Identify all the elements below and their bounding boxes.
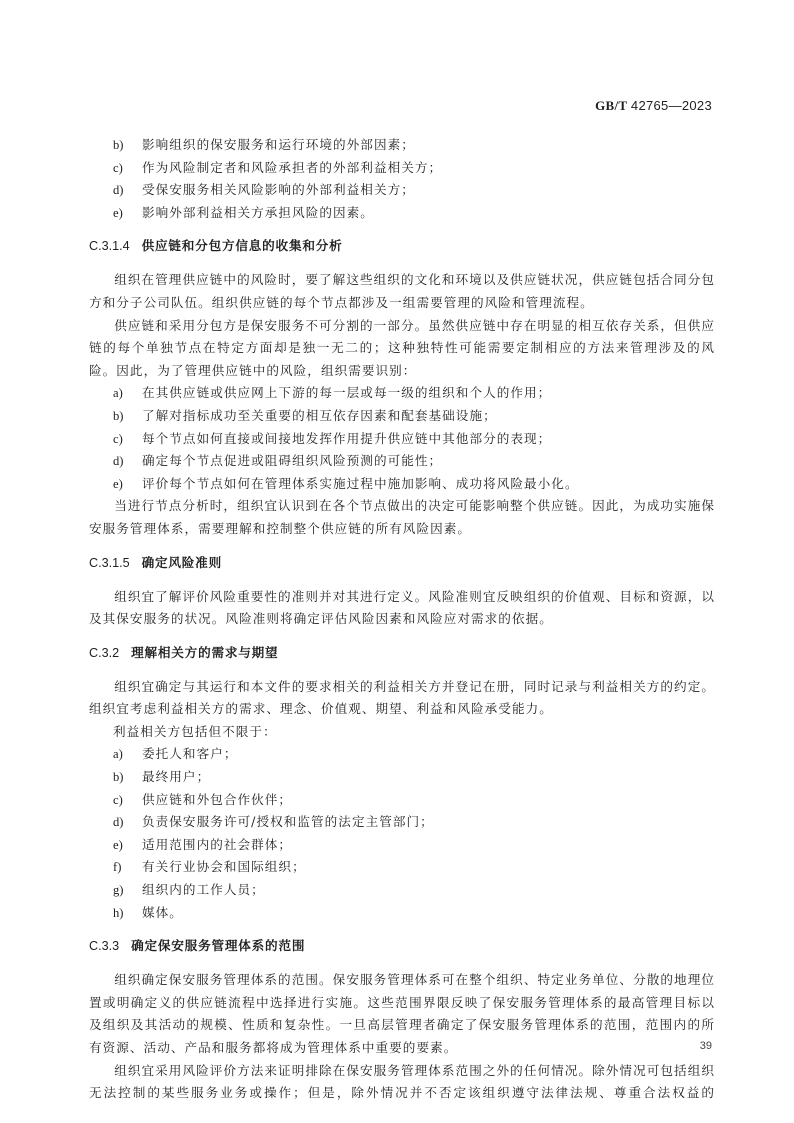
list-item: h)媒体。 <box>89 902 715 925</box>
section-number: C.3.1.4 <box>89 235 130 257</box>
list-item: c)作为风险制定者和风险承担者的外部利益相关方； <box>89 157 715 180</box>
list-item: c)每个节点如何直接或间接地发挥作用提升供应链中其他部分的表现； <box>89 428 715 451</box>
list-item: d)确定每个节点促进或阻碍组织风险预测的可能性； <box>89 450 715 473</box>
section-heading-c314: C.3.1.4供应链和分包方信息的收集和分析 <box>89 235 715 257</box>
list-item: e)适用范围内的社会群体； <box>89 834 715 857</box>
list-item: a)委托人和客户； <box>89 743 715 766</box>
top-list: b)影响组织的保安服务和运行环境的外部因素； c)作为风险制定者和风险承担者的外… <box>89 134 715 224</box>
paragraph: 组织宜采用风险评价方法来证明排除在保安服务管理体系范围之外的任何情况。除外情况可… <box>89 1060 715 1105</box>
paragraph: 组织在管理供应链中的风险时，要了解这些组织的文化和环境以及供应链状况，供应链包括… <box>89 269 715 314</box>
paragraph: 组织宜确定与其运行和本文件的要求相关的利益相关方并登记在册，同时记录与利益相关方… <box>89 676 715 721</box>
paragraph: 组织确定保安服务管理体系的范围。保安服务管理体系可在整个组织、特定业务单位、分散… <box>89 969 715 1059</box>
list-intro: 利益相关方包括但不限于： <box>89 721 715 744</box>
paragraph: 组织宜了解评价风险重要性的准则并对其进行定义。风险准则宜反映组织的价值观、目标和… <box>89 586 715 631</box>
page-body: b)影响组织的保安服务和运行环境的外部因素； c)作为风险制定者和风险承担者的外… <box>89 134 715 1105</box>
standard-number: 42765—2023 <box>631 98 712 113</box>
section-title: 确定风险准则 <box>142 555 222 570</box>
section-heading-c33: C.3.3确定保安服务管理体系的范围 <box>89 935 715 957</box>
paragraph: 供应链和采用分包方是保安服务不可分割的一部分。虽然供应链中存在明显的相互依存关系… <box>89 315 715 383</box>
list-item: f)有关行业协会和国际组织； <box>89 856 715 879</box>
section-title: 理解相关方的需求与期望 <box>131 645 278 660</box>
section-heading-c32: C.3.2理解相关方的需求与期望 <box>89 642 715 664</box>
standard-prefix: GB/T <box>595 98 627 113</box>
list-item: d)负责保安服务许可/授权和监管的法定主管部门； <box>89 811 715 834</box>
section-title: 确定保安服务管理体系的范围 <box>131 938 305 953</box>
list-item: b)影响组织的保安服务和运行环境的外部因素； <box>89 134 715 157</box>
paragraph: 当进行节点分析时，组织宜认识到在各个节点做出的决定可能影响整个供应链。因此，为成… <box>89 495 715 540</box>
list-item: e)影响外部利益相关方承担风险的因素。 <box>89 202 715 225</box>
list-item: d)受保安服务相关风险影响的外部利益相关方； <box>89 179 715 202</box>
list-item: c)供应链和外包合作伙伴； <box>89 789 715 812</box>
section-number: C.3.3 <box>89 935 119 957</box>
standard-code: GB/T 42765—2023 <box>595 98 712 114</box>
list-item: b)最终用户； <box>89 766 715 789</box>
page-number: 39 <box>700 1040 712 1052</box>
section-title: 供应链和分包方信息的收集和分析 <box>142 238 343 253</box>
section-number: C.3.1.5 <box>89 552 130 574</box>
section-heading-c315: C.3.1.5确定风险准则 <box>89 552 715 574</box>
list-item: b)了解对指标成功至关重要的相互依存因素和配套基础设施； <box>89 405 715 428</box>
list-item: e)评价每个节点如何在管理体系实施过程中施加影响、成功将风险最小化。 <box>89 473 715 496</box>
section-number: C.3.2 <box>89 642 119 664</box>
list-item: a)在其供应链或供应网上下游的每一层或每一级的组织和个人的作用； <box>89 382 715 405</box>
list-item: g)组织内的工作人员； <box>89 879 715 902</box>
